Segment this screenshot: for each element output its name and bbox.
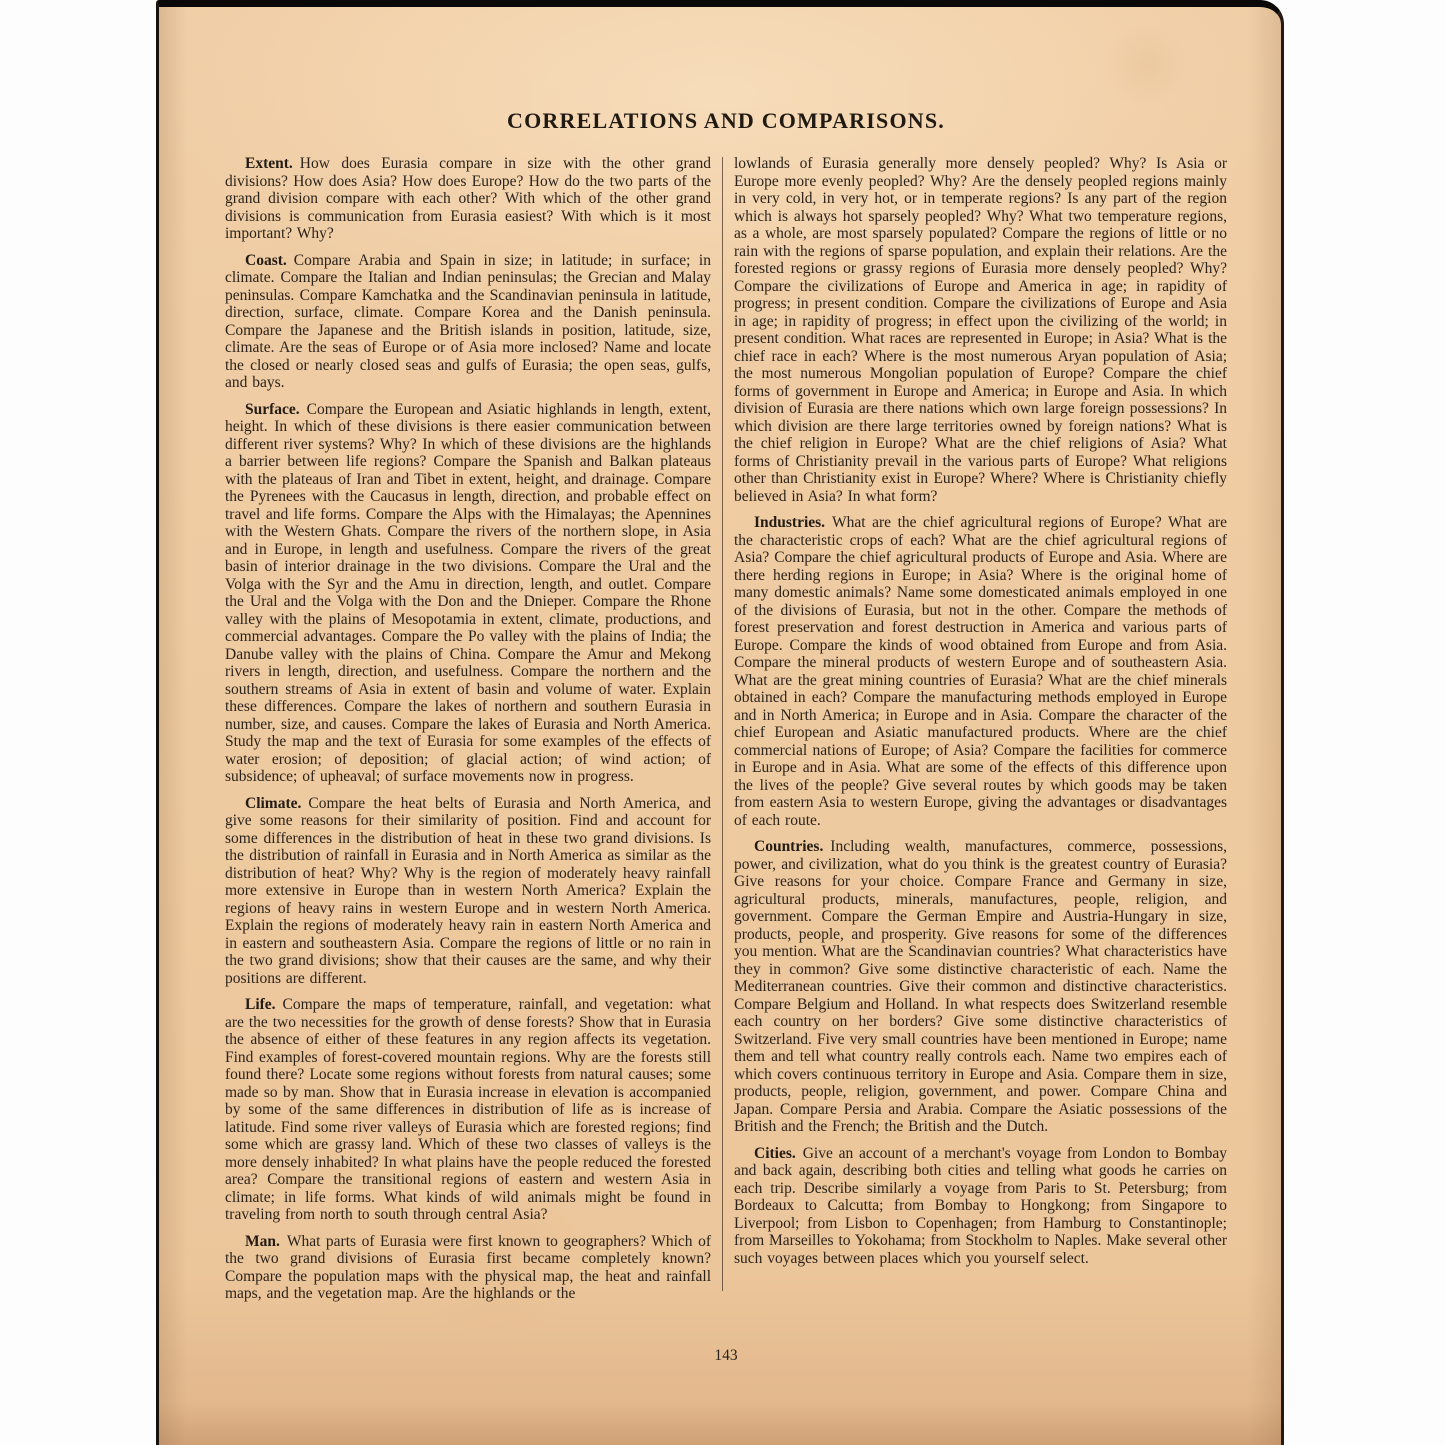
column-right: lowlands of Eurasia generally more dense… (734, 155, 1227, 1303)
paragraph-countries: Countries.Including wealth, manufactures… (734, 838, 1227, 1136)
text-columns: Extent.How does Eurasia compare in size … (225, 155, 1227, 1303)
column-left: Extent.How does Eurasia compare in size … (225, 155, 711, 1303)
paragraph-label-man: Man. (245, 1233, 280, 1250)
paragraph-coast: Coast.Compare Arabia and Spain in size; … (225, 252, 711, 392)
paragraph-cities: Cities.Give an account of a merchant's v… (734, 1145, 1227, 1268)
paragraph-body-cities: Give an account of a merchant's voyage f… (734, 1145, 1227, 1267)
paragraph-label-surface: Surface. (245, 401, 300, 418)
paragraph-surface: Surface.Compare the European and Asiatic… (225, 401, 711, 786)
paragraph-body-extent: How does Eurasia compare in size with th… (225, 155, 711, 242)
page-title: CORRELATIONS AND COMPARISONS. (225, 108, 1227, 134)
paragraph-label-life: Life. (245, 996, 276, 1013)
paragraph-body-man-continued: lowlands of Eurasia generally more dense… (734, 155, 1227, 505)
paragraph-man-continued: lowlands of Eurasia generally more dense… (734, 155, 1227, 505)
paragraph-label-coast: Coast. (245, 252, 287, 269)
paragraph-label-cities: Cities. (754, 1145, 796, 1162)
scan-background: CORRELATIONS AND COMPARISONS. Extent.How… (0, 0, 1445, 1445)
paragraph-label-extent: Extent. (245, 155, 293, 172)
paragraph-label-countries: Countries. (754, 838, 823, 855)
paragraph-body-coast: Compare Arabia and Spain in size; in lat… (225, 252, 711, 392)
column-divider (722, 157, 723, 1291)
page-number: 143 (225, 1347, 1227, 1365)
paragraph-life: Life.Compare the maps of temperature, ra… (225, 996, 711, 1224)
paragraph-label-climate: Climate. (245, 795, 301, 812)
paragraph-label-industries: Industries. (754, 514, 825, 531)
paragraph-industries: Industries.What are the chief agricultur… (734, 514, 1227, 829)
paragraph-body-life: Compare the maps of temperature, rainfal… (225, 996, 711, 1223)
paragraph-body-climate: Compare the heat belts of Eurasia and No… (225, 795, 711, 987)
paragraph-man: Man.What parts of Eurasia were first kno… (225, 1233, 711, 1303)
paragraph-extent: Extent.How does Eurasia compare in size … (225, 155, 711, 243)
paragraph-body-surface: Compare the European and Asiatic highlan… (225, 401, 711, 786)
paragraph-body-industries: What are the chief agricultural regions … (734, 514, 1227, 829)
paragraph-body-man: What parts of Eurasia were first known t… (225, 1233, 711, 1303)
paragraph-climate: Climate.Compare the heat belts of Eurasi… (225, 795, 711, 988)
book-page: CORRELATIONS AND COMPARISONS. Extent.How… (156, 0, 1284, 1445)
paragraph-body-countries: Including wealth, manufactures, commerce… (734, 838, 1227, 1135)
